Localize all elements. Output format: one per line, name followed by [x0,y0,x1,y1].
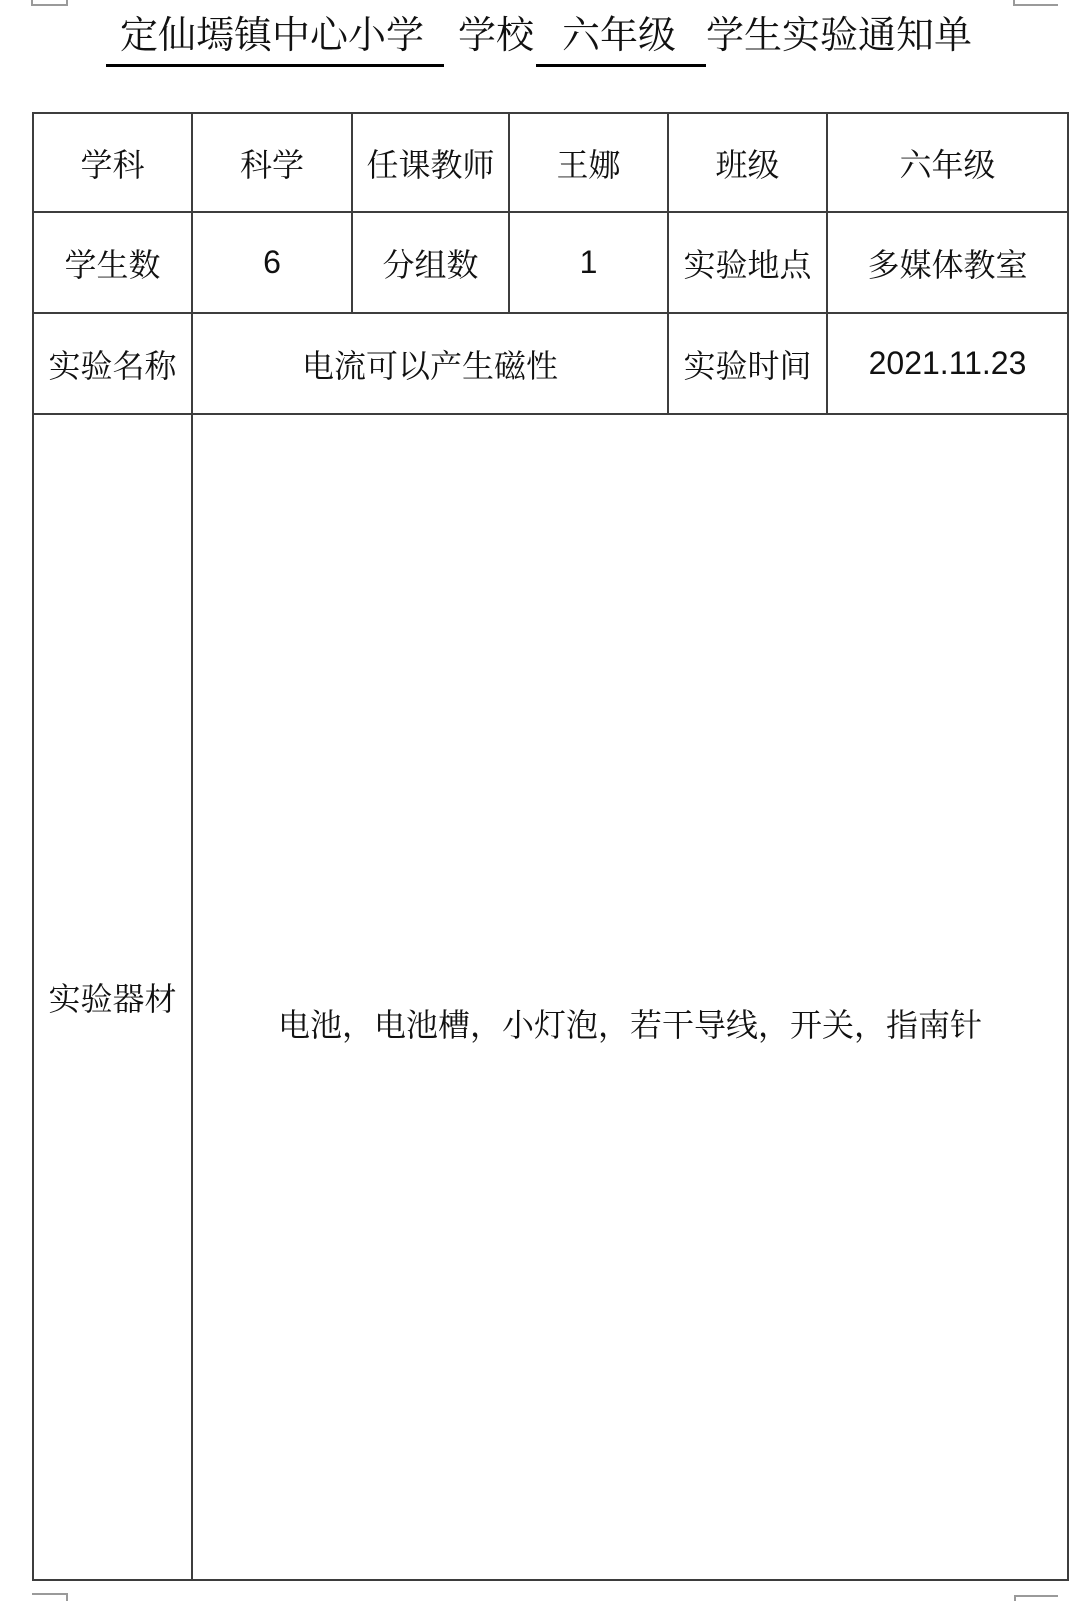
student-count-value: 6 [192,212,352,313]
school-name-blank: 定仙墕镇中心小学 [106,12,444,67]
group-count-value: 1 [509,212,668,313]
page-break-artifact-top-left [31,0,68,6]
experiment-name-value: 电流可以产生磁性 [192,313,668,414]
subject-label: 学科 [33,113,192,212]
experiment-time-value: 2021.11.23 [827,313,1068,414]
experiment-name-label: 实验名称 [33,313,192,414]
equipment-label: 实验器材 [33,414,192,1580]
title-suffix: 学生实验通知单 [706,15,972,57]
school-label: 学校 [458,15,534,57]
student-count-label: 学生数 [33,212,192,313]
location-label: 实验地点 [668,212,827,313]
class-label: 班级 [668,113,827,212]
table-row-subject: 学科 科学 任课教师 王娜 班级 六年级 [33,113,1068,212]
experiment-time-label: 实验时间 [668,313,827,414]
table-row-experiment: 实验名称 电流可以产生磁性 实验时间 2021.11.23 [33,313,1068,414]
table-row-counts: 学生数 6 分组数 1 实验地点 多媒体教室 [33,212,1068,313]
grade-blank: 六年级 [536,12,706,67]
teacher-value: 王娜 [509,113,668,212]
page-title: 定仙墕镇中心小学学校六年级学生实验通知单 [0,12,1078,67]
subject-value: 科学 [192,113,352,212]
experiment-notice-table: 学科 科学 任课教师 王娜 班级 六年级 学生数 6 分组数 1 实验地点 多媒… [32,112,1069,1581]
group-count-label: 分组数 [352,212,509,313]
equipment-value: 电池，电池槽，小灯泡，若干导线，开关，指南针 [192,414,1068,1580]
page-break-artifact-bottom-left [32,1593,68,1601]
page-break-artifact-bottom-right [1014,1595,1058,1601]
page-break-artifact-top-right [1013,0,1058,6]
class-value: 六年级 [827,113,1068,212]
teacher-label: 任课教师 [352,113,509,212]
table-row-equipment: 实验器材 电池，电池槽，小灯泡，若干导线，开关，指南针 [33,414,1068,1580]
location-value: 多媒体教室 [827,212,1068,313]
